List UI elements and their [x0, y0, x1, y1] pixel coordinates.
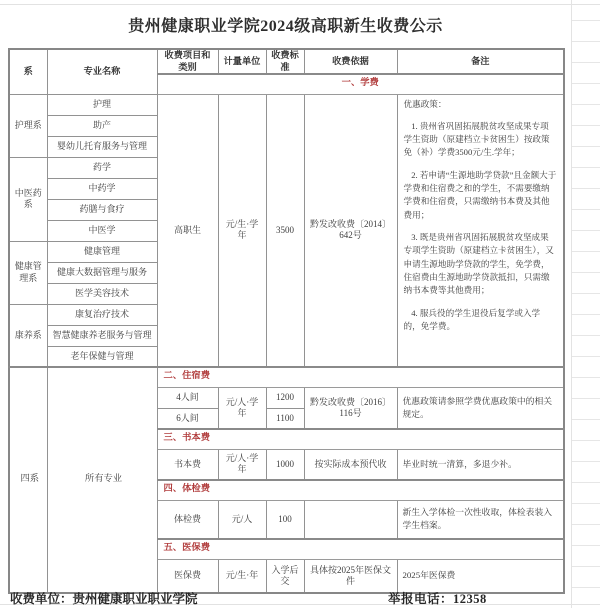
- major-cell: 药学: [47, 157, 157, 178]
- tuition-standard-cell: 3500: [266, 94, 304, 367]
- fee-unit-cell: 元/人·学年: [218, 387, 266, 429]
- charging-unit-label: 收费单位：贵州健康职业职业学院: [10, 589, 198, 607]
- section-tuition-label: 一、学费: [157, 74, 564, 94]
- major-cell: 康复治疗技术: [47, 304, 157, 325]
- col-header-item: 收费项目和类别: [157, 49, 218, 74]
- fee-item-cell: 4人间: [157, 387, 218, 408]
- fee-note-cell: 毕业时统一清算，多退少补。: [397, 449, 564, 480]
- col-header-note: 备注: [397, 49, 564, 74]
- tuition-note-4: 4. 服兵役的学生退役后复学或入学的，免学费。: [404, 307, 558, 334]
- dept-cell: 健康管理系: [9, 241, 47, 304]
- major-cell: 智慧健康养老服务与管理: [47, 325, 157, 346]
- col-header-unit: 计量单位: [218, 49, 266, 74]
- fee-item-cell: 体检费: [157, 500, 218, 539]
- page-title: 贵州健康职业学院2024级高职新生收费公示: [8, 13, 563, 36]
- dept-cell: 护理系: [9, 94, 47, 157]
- section-accommodation-label: 二、住宿费: [157, 367, 564, 387]
- fee-basis-cell: [304, 500, 397, 539]
- fee-unit-cell: 元/人·学年: [218, 449, 266, 480]
- major-cell: 健康管理: [47, 241, 157, 262]
- major-cell: 老年保健与管理: [47, 346, 157, 367]
- spreadsheet-grid-margin: [571, 0, 600, 608]
- table-row: 护理系 护理 高职生 元/生·学年 3500 黔发改收费〔2014〕642号 优…: [9, 94, 564, 115]
- col-header-dept: 系: [9, 49, 47, 94]
- header-row: 系 专业名称 收费项目和类别 计量单位 收费标准 收费依据 备注: [9, 49, 564, 74]
- fee-standard-cell: 100: [266, 500, 304, 539]
- fee-unit-cell: 元/人: [218, 500, 266, 539]
- section-physical-label: 四、体检费: [157, 480, 564, 500]
- footer: 收费单位：贵州健康职业职业学院 举报电话：12358: [8, 586, 563, 605]
- dept-cell: 四系: [9, 367, 47, 593]
- major-cell: 健康大数据管理与服务: [47, 262, 157, 283]
- fee-basis-cell: 按实际成本预代收: [304, 449, 397, 480]
- major-cell: 中药学: [47, 178, 157, 199]
- major-cell: 护理: [47, 94, 157, 115]
- tuition-note-1: 1. 贵州省巩固拓展脱贫攻坚成果专项学生资助（原建档立卡贫困生）按政策免（补）学…: [404, 120, 558, 160]
- section-insurance-label: 五、医保费: [157, 539, 564, 559]
- col-header-standard: 收费标准: [266, 49, 304, 74]
- major-cell: 助产: [47, 115, 157, 136]
- fee-notice-page: 贵州健康职业学院2024级高职新生收费公示 系 专业名称 收费项目和类别 计量单…: [0, 0, 600, 608]
- fee-item-cell: 书本费: [157, 449, 218, 480]
- dept-cell: 康养系: [9, 304, 47, 367]
- major-cell: 所有专业: [47, 367, 157, 593]
- major-cell: 药膳与食疗: [47, 199, 157, 220]
- fee-standard-cell: 1200: [266, 387, 304, 408]
- major-cell: 婴幼儿托育服务与管理: [47, 136, 157, 157]
- tuition-basis-cell: 黔发改收费〔2014〕642号: [304, 94, 397, 367]
- section-accommodation-header: 四系 所有专业 二、住宿费: [9, 367, 564, 387]
- report-phone-label: 举报电话：12358: [388, 589, 487, 607]
- tuition-note-cell: 优惠政策： 1. 贵州省巩固拓展脱贫攻坚成果专项学生资助（原建档立卡贫困生）按政…: [397, 94, 564, 367]
- fee-basis-cell: 黔发改收费〔2016〕116号: [304, 387, 397, 429]
- col-header-basis: 收费依据: [304, 49, 397, 74]
- fee-table: 系 专业名称 收费项目和类别 计量单位 收费标准 收费依据 备注 一、学费 护理…: [8, 48, 565, 594]
- tuition-item-cell: 高职生: [157, 94, 218, 367]
- fee-note-cell: 新生入学体检一次性收取，体检表装入学生档案。: [397, 500, 564, 539]
- fee-standard-cell: 1000: [266, 449, 304, 480]
- section-textbook-label: 三、书本费: [157, 429, 564, 449]
- tuition-note-3: 3. 既是贵州省巩固拓展脱贫攻坚成果专项学生资助（原建档立卡贫困生），又申请生源…: [404, 231, 558, 298]
- fee-item-cell: 6人间: [157, 408, 218, 429]
- major-cell: 医学美容技术: [47, 283, 157, 304]
- col-header-major: 专业名称: [47, 49, 157, 94]
- fee-note-cell: 优惠政策请参照学费优惠政策中的相关规定。: [397, 387, 564, 429]
- tuition-note-intro: 优惠政策：: [404, 98, 558, 111]
- tuition-unit-cell: 元/生·学年: [218, 94, 266, 367]
- major-cell: 中医学: [47, 220, 157, 241]
- tuition-note-2: 2. 若申请“生源地助学贷款”且金额大于学费和住宿费之和的学生，不需要缴纳学费和…: [404, 169, 558, 222]
- spreadsheet-gridline-top: [0, 4, 600, 5]
- fee-standard-cell: 1100: [266, 408, 304, 429]
- dept-cell: 中医药系: [9, 157, 47, 241]
